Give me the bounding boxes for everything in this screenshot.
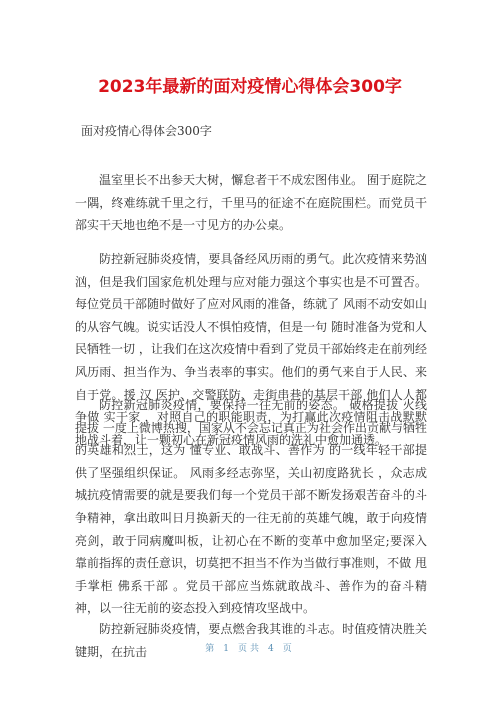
paragraph-1: 温室里长不出参天大树，懈怠者干不成宏图伟业。 囿于庭院之一隅，终难练就千里之行，… — [75, 169, 427, 237]
paragraph-3: 防控新冠肺炎疫情，要保持一往无前的姿态。 破格提拔 火线提拔 一度上微博热搜，国… — [75, 394, 427, 620]
total-pages-number: 4 — [268, 644, 277, 654]
page-prefix: 第 — [205, 644, 217, 654]
page-footer: 第1页共4页 — [0, 641, 500, 654]
page-suffix: 页 — [283, 644, 295, 654]
page-mid: 页共 — [238, 644, 262, 654]
current-page-number: 1 — [223, 644, 232, 654]
document-title: 2023年最新的面对疫情心得体会300字 — [0, 72, 500, 97]
document-page: 2023年最新的面对疫情心得体会300字 面对疫情心得体会300字 温室里长不出… — [0, 0, 500, 707]
document-subtitle: 面对疫情心得体会300字 — [81, 122, 212, 139]
